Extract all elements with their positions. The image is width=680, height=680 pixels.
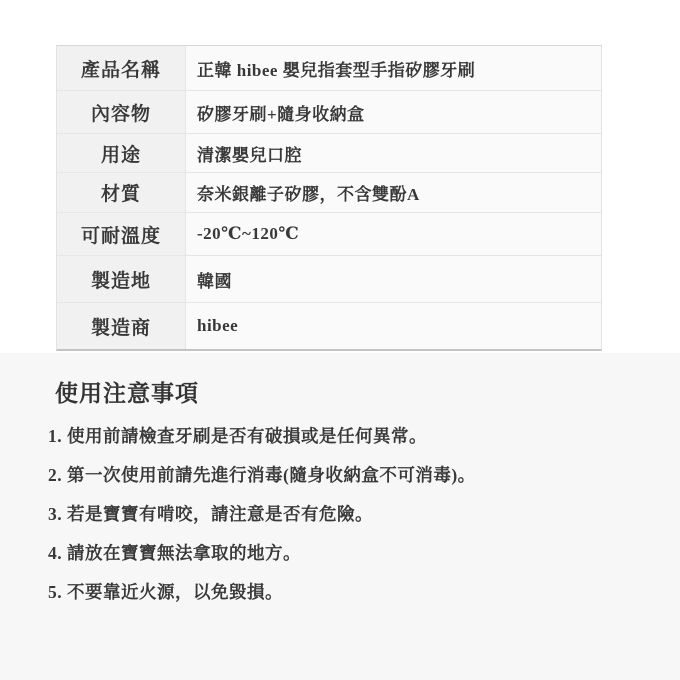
table-row: 可耐溫度 -20℃~120℃ bbox=[57, 212, 601, 255]
table-row: 材質 奈米銀離子矽膠，不含雙酚A bbox=[57, 172, 601, 212]
table-row: 製造商 hibee bbox=[57, 302, 601, 349]
spec-label-manufacturer: 製造商 bbox=[57, 303, 186, 349]
notice-item-4: 4. 請放在寶寶無法拿取的地方。 bbox=[48, 534, 476, 573]
usage-notice-section: 使用注意事項 1. 使用前請檢查牙刷是否有破損或是任何異常。 2. 第一次使用前… bbox=[0, 353, 680, 680]
notice-list: 1. 使用前請檢查牙刷是否有破損或是任何異常。 2. 第一次使用前請先進行消毒(… bbox=[48, 417, 476, 612]
spec-label-material: 材質 bbox=[57, 173, 186, 212]
spec-label-contents: 內容物 bbox=[57, 91, 186, 133]
table-row: 用途 清潔嬰兒口腔 bbox=[57, 133, 601, 172]
spec-value-usage: 清潔嬰兒口腔 bbox=[186, 134, 601, 172]
notice-item-5: 5. 不要靠近火源，以免毀損。 bbox=[48, 573, 476, 612]
spec-value-manufacturer: hibee bbox=[186, 303, 601, 349]
spec-value-material: 奈米銀離子矽膠，不含雙酚A bbox=[186, 173, 601, 212]
table-row: 內容物 矽膠牙刷+隨身收納盒 bbox=[57, 90, 601, 133]
notice-heading: 使用注意事項 bbox=[55, 375, 199, 408]
spec-value-temperature: -20℃~120℃ bbox=[186, 213, 601, 255]
spec-value-product-name: 正韓 hibee 嬰兒指套型手指矽膠牙刷 bbox=[186, 46, 601, 90]
table-row: 產品名稱 正韓 hibee 嬰兒指套型手指矽膠牙刷 bbox=[57, 46, 601, 90]
notice-item-2: 2. 第一次使用前請先進行消毒(隨身收納盒不可消毒)。 bbox=[48, 456, 476, 495]
spec-label-usage: 用途 bbox=[57, 134, 186, 172]
spec-label-temperature: 可耐溫度 bbox=[57, 213, 186, 255]
spec-label-origin: 製造地 bbox=[57, 256, 186, 302]
product-spec-table: 產品名稱 正韓 hibee 嬰兒指套型手指矽膠牙刷 內容物 矽膠牙刷+隨身收納盒… bbox=[56, 45, 602, 351]
spec-value-origin: 韓國 bbox=[186, 256, 601, 302]
spec-label-product-name: 產品名稱 bbox=[57, 46, 186, 90]
table-row: 製造地 韓國 bbox=[57, 255, 601, 302]
notice-item-3: 3. 若是寶寶有啃咬，請注意是否有危險。 bbox=[48, 495, 476, 534]
spec-value-contents: 矽膠牙刷+隨身收納盒 bbox=[186, 91, 601, 133]
notice-item-1: 1. 使用前請檢查牙刷是否有破損或是任何異常。 bbox=[48, 417, 476, 456]
